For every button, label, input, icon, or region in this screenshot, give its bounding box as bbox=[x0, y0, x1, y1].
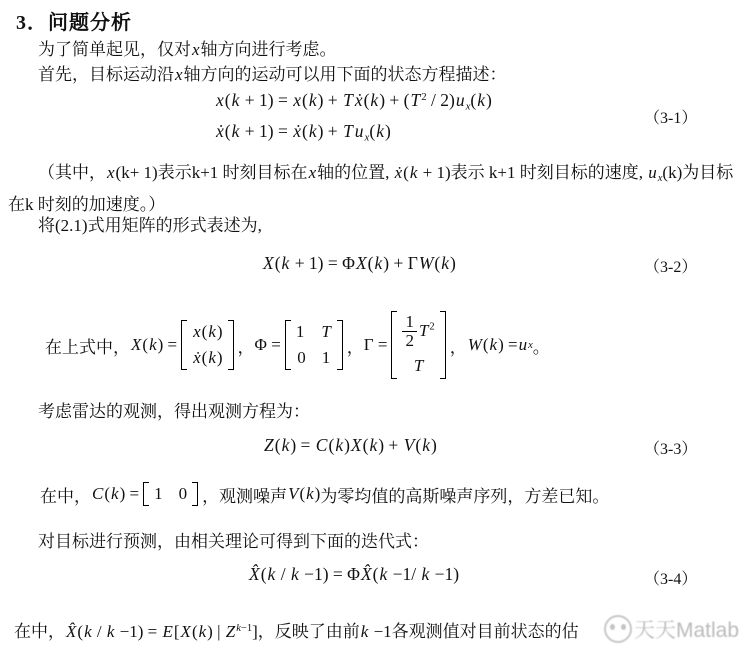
math-token: ) + bbox=[318, 121, 342, 141]
math-token: ( bbox=[470, 90, 476, 110]
math-token: x bbox=[193, 322, 201, 341]
math-token: 轴方向进行考虑。 bbox=[201, 40, 337, 59]
math-token: ( bbox=[369, 121, 375, 141]
math-token: 对目标进行预测，由相关理论可得到下面的迭代式： bbox=[38, 532, 429, 551]
math-token: 表示k+1 时刻目标在 bbox=[158, 163, 308, 182]
math-token: ( bbox=[302, 90, 308, 110]
math-token: 1 bbox=[322, 348, 331, 367]
math-token: 1 bbox=[296, 322, 305, 341]
math-token: ) = bbox=[290, 435, 314, 455]
math-token: / 2) bbox=[427, 90, 455, 110]
matrix-row: T bbox=[402, 356, 434, 376]
math-token: / bbox=[93, 622, 106, 641]
paragraph-intro-2: 首先，目标运动沿x轴方向的运动可以用下面的状态方程描述： bbox=[38, 62, 507, 87]
math-token: ，观测噪声 bbox=[202, 482, 287, 507]
math-token: k bbox=[232, 121, 240, 141]
math-token: + 1) bbox=[418, 163, 450, 182]
math-token: ， bbox=[450, 333, 467, 358]
math-token: W bbox=[468, 335, 482, 355]
math-token: ( bbox=[192, 622, 198, 641]
math-token: x bbox=[309, 163, 317, 182]
math-token: k bbox=[208, 348, 216, 367]
math-token: ( bbox=[104, 484, 110, 504]
math-token: X bbox=[263, 253, 274, 273]
math-token: x bbox=[107, 163, 115, 182]
math-token: ( bbox=[434, 253, 440, 273]
math-token: ) = bbox=[498, 335, 518, 355]
math-token: x bbox=[175, 65, 183, 84]
math-token: ( bbox=[373, 564, 379, 584]
math-token: X̂ bbox=[66, 622, 76, 641]
math-token: ( bbox=[302, 121, 308, 141]
equation-3-4: X̂(k / k −1) = ΦX̂(k −1/ k −1) bbox=[248, 564, 459, 585]
math-token: （其中， bbox=[38, 163, 106, 182]
math-token: ẋ bbox=[193, 348, 201, 367]
math-token: k bbox=[291, 564, 299, 584]
math-token: ) bbox=[450, 253, 456, 273]
math-token: −1) = bbox=[115, 622, 161, 641]
math-token: ( bbox=[202, 348, 208, 367]
math-token: ( bbox=[483, 335, 489, 355]
math-token: + 1) = bbox=[290, 253, 342, 273]
math-token: ) bbox=[217, 322, 223, 341]
math-token: / bbox=[276, 564, 290, 584]
equation-number-3-3: （3-3） bbox=[644, 436, 697, 459]
math-token: k bbox=[84, 622, 92, 641]
math-token: ( bbox=[328, 435, 334, 455]
matrix-bracket-right bbox=[192, 482, 198, 506]
matrix-body: 1T01 bbox=[291, 320, 337, 371]
matrix-row: 10 bbox=[154, 484, 187, 504]
equation-3-1-line-2: ẋ(k + 1) = ẋ(k) + Tux(k) bbox=[215, 121, 391, 143]
math-token: x bbox=[216, 90, 224, 110]
math-token: 表示 k+1 时刻目标的速度, bbox=[451, 163, 648, 182]
math-token: C bbox=[92, 484, 103, 504]
math-token: V bbox=[288, 484, 298, 504]
paragraph-radar: 考虑雷达的观测，得出观测方程为： bbox=[38, 399, 310, 424]
fraction-denominator: 2 bbox=[402, 332, 417, 350]
math-token: ， bbox=[347, 333, 364, 358]
matrix-cell: 12T2 bbox=[402, 313, 434, 350]
watermark-text: 天天Matlab bbox=[634, 614, 739, 644]
math-token: X bbox=[356, 253, 367, 273]
math-token: u bbox=[456, 90, 465, 110]
math-token: k bbox=[107, 622, 115, 641]
math-token: k bbox=[369, 435, 377, 455]
math-token: −1 bbox=[369, 622, 391, 641]
equation-number-3-4: （3-4） bbox=[644, 566, 697, 589]
math-token: k bbox=[410, 163, 418, 182]
math-token: ( bbox=[299, 484, 305, 504]
math-token: k bbox=[149, 335, 157, 355]
math-token: u bbox=[355, 121, 364, 141]
math-token: k bbox=[376, 121, 384, 141]
equation-3-3: Z(k) = C(k)X(k) + V(k) bbox=[263, 435, 437, 456]
math-token: ẋ bbox=[216, 121, 224, 141]
math-token: T bbox=[410, 90, 420, 110]
math-token: k bbox=[268, 564, 276, 584]
math-token: Φ bbox=[342, 253, 355, 273]
math-token: ( bbox=[275, 253, 281, 273]
math-token: k bbox=[422, 435, 430, 455]
matrix-cell: 1 bbox=[296, 322, 305, 342]
math-token: ẋ bbox=[355, 90, 363, 110]
math-token: ) = bbox=[158, 335, 178, 355]
math-token: k bbox=[282, 253, 290, 273]
math-token: 0 bbox=[297, 348, 306, 367]
math-token: 为零均值的高斯噪声序列，方差已知。 bbox=[320, 482, 609, 507]
math-token: 1 bbox=[154, 484, 163, 503]
math-token: ，反映了由前 bbox=[258, 622, 360, 641]
math-token: k bbox=[374, 253, 382, 273]
math-token: [ bbox=[174, 622, 180, 641]
math-token: ( bbox=[77, 622, 83, 641]
math-token: ( bbox=[225, 121, 231, 141]
math-token: T bbox=[321, 322, 330, 341]
math-token: 考虑雷达的观测，得出观测方程为： bbox=[38, 402, 310, 421]
matrix-cell: 1 bbox=[154, 484, 163, 504]
math-token: k bbox=[441, 253, 449, 273]
math-token: 各观测值对目前状态的估 bbox=[392, 622, 579, 641]
matrix: 12T2T bbox=[391, 311, 445, 378]
paragraph-last: 在中，X̂(k / k −1) = E[X(k) | Zk−1]，反映了由前k … bbox=[14, 616, 579, 644]
math-token: ) + ( bbox=[379, 90, 409, 110]
paragraph-matrix-definitions: 在上式中，X(k) = x(k)ẋ(k)， Φ = 1T01， Γ = 12T2… bbox=[45, 298, 550, 392]
math-token: W bbox=[419, 253, 434, 273]
math-token: Z bbox=[264, 435, 274, 455]
matrix: 10 bbox=[143, 482, 198, 506]
math-token: k bbox=[309, 90, 317, 110]
math-token: ) + bbox=[378, 435, 402, 455]
math-token: 2 bbox=[429, 322, 434, 333]
math-token: k bbox=[208, 322, 216, 341]
matrix-cell: x(k) bbox=[192, 322, 222, 342]
math-token: k bbox=[380, 564, 388, 584]
document-page: 3．问题分析 为了简单起见，仅对x轴方向进行考虑。 首先，目标运动沿x轴方向的运… bbox=[0, 0, 748, 661]
math-token: T bbox=[414, 356, 423, 375]
math-token: x bbox=[293, 90, 301, 110]
matrix-row: x(k) bbox=[192, 322, 222, 342]
math-token: k bbox=[477, 90, 485, 110]
watermark: 天天Matlab bbox=[604, 608, 748, 650]
math-token: T bbox=[343, 90, 353, 110]
math-token: ( bbox=[202, 322, 208, 341]
math-token: 0 bbox=[179, 484, 188, 503]
math-token: k bbox=[282, 435, 290, 455]
math-token: u bbox=[648, 163, 657, 182]
paragraph-predict: 对目标进行预测，由相关理论可得到下面的迭代式： bbox=[38, 529, 429, 554]
math-token: 在中， bbox=[14, 622, 65, 641]
math-token: ( bbox=[142, 335, 148, 355]
math-token: ẋ bbox=[395, 163, 403, 182]
paragraph-note: （其中，x(k+ 1)表示k+1 时刻目标在x轴的位置, ẋ(k + 1)表示 … bbox=[8, 160, 744, 218]
matrix-body: 12T2T bbox=[397, 311, 439, 378]
section-heading: 3．问题分析 bbox=[16, 6, 132, 35]
math-token: k bbox=[422, 564, 430, 584]
math-token: + 1) = bbox=[240, 121, 292, 141]
math-token: ) bbox=[431, 435, 437, 455]
matrix-row: ẋ(k) bbox=[192, 348, 222, 368]
matrix-bracket-right bbox=[337, 320, 343, 371]
math-token: T bbox=[343, 121, 353, 141]
matrix-row: 01 bbox=[296, 348, 332, 368]
math-token: −1/ bbox=[388, 564, 420, 584]
matrix-cell: ẋ(k) bbox=[192, 348, 222, 368]
matrix-row: 1T bbox=[296, 322, 332, 342]
math-token: Γ = bbox=[364, 335, 388, 355]
math-token: ( bbox=[261, 564, 267, 584]
math-token: ( bbox=[275, 435, 281, 455]
math-token: ) = bbox=[120, 484, 140, 504]
math-token: 为了简单起见，仅对 bbox=[38, 40, 191, 59]
equation-number-3-2: （3-2） bbox=[644, 254, 697, 277]
math-token: (k) bbox=[662, 163, 682, 182]
matrix: 1T01 bbox=[285, 320, 343, 371]
math-token: ) + bbox=[318, 90, 342, 110]
math-token: ( bbox=[403, 163, 409, 182]
matrix-row: 12T2 bbox=[402, 313, 434, 350]
equation-number-3-1: （3-1） bbox=[644, 105, 697, 128]
math-token: k bbox=[309, 121, 317, 141]
math-token: T bbox=[419, 321, 428, 340]
equation-3-1-line-1: x(k + 1) = x(k) + Tẋ(k) + (T2 / 2)ux(k) bbox=[215, 90, 492, 112]
math-token: ) + bbox=[383, 253, 407, 273]
math-token: ( bbox=[363, 435, 369, 455]
math-token: X bbox=[131, 335, 141, 355]
math-token: ) | bbox=[207, 622, 225, 641]
math-token: k bbox=[111, 484, 119, 504]
math-token: C bbox=[316, 435, 328, 455]
matrix-bracket-right bbox=[440, 311, 446, 378]
math-token: x bbox=[192, 40, 200, 59]
math-token: Φ = bbox=[255, 335, 281, 355]
math-token: ) bbox=[385, 121, 391, 141]
math-token: ) bbox=[344, 435, 350, 455]
math-token: −1 bbox=[241, 623, 252, 634]
math-token: −1) bbox=[430, 564, 459, 584]
math-token: 轴的位置, bbox=[317, 163, 394, 182]
math-token: k bbox=[232, 90, 240, 110]
math-token: 轴方向的运动可以用下面的状态方程描述： bbox=[184, 65, 507, 84]
math-token: Γ bbox=[408, 253, 418, 273]
paragraph-intro-1: 为了简单起见，仅对x轴方向进行考虑。 bbox=[38, 37, 337, 62]
math-token: k bbox=[361, 622, 369, 641]
math-token: 首先，目标运动沿 bbox=[38, 65, 174, 84]
equation-3-2: X(k + 1) = ΦX(k) + ΓW(k) bbox=[262, 253, 456, 274]
math-token: E bbox=[162, 622, 172, 641]
math-token: ) bbox=[486, 90, 492, 110]
math-token: ( bbox=[415, 435, 421, 455]
matrix-cell: T bbox=[320, 322, 331, 342]
math-token: + 1) = bbox=[240, 90, 292, 110]
math-token: X bbox=[181, 622, 191, 641]
math-token: V bbox=[404, 435, 415, 455]
math-token: 将(2.1)式用矩阵的形式表述为, bbox=[38, 216, 262, 235]
matrix-cell: 0 bbox=[179, 484, 188, 504]
math-token: k bbox=[335, 435, 343, 455]
math-token: −1) = bbox=[300, 564, 347, 584]
math-token: ) bbox=[217, 348, 223, 367]
math-token: Z bbox=[226, 622, 235, 641]
math-token: ( bbox=[368, 253, 374, 273]
math-token: u bbox=[519, 335, 528, 355]
matrix-cell: T bbox=[413, 356, 424, 376]
math-token: X bbox=[351, 435, 362, 455]
matrix-cell: 0 bbox=[297, 348, 306, 368]
matrix-bracket-right bbox=[228, 320, 234, 371]
math-token: 。 bbox=[533, 333, 550, 358]
matrix: x(k)ẋ(k) bbox=[181, 320, 233, 371]
math-token: Φ bbox=[347, 564, 360, 584]
matrix-body: 10 bbox=[149, 482, 192, 506]
math-token: ( bbox=[225, 90, 231, 110]
math-token: k bbox=[370, 90, 378, 110]
math-token: 在上式中， bbox=[45, 333, 130, 358]
math-token: ẋ bbox=[293, 121, 301, 141]
math-token: X̂ bbox=[249, 564, 260, 584]
math-token: k bbox=[199, 622, 207, 641]
matrix-body: x(k)ẋ(k) bbox=[187, 320, 227, 371]
paragraph-ck: 在中，C(k) = 10，观测噪声V(k) 为零均值的高斯噪声序列，方差已知。 bbox=[40, 477, 609, 511]
math-token: X̂ bbox=[361, 564, 372, 584]
math-token: ( bbox=[364, 90, 370, 110]
matrix-cell: 1 bbox=[322, 348, 331, 368]
math-token: 在中， bbox=[40, 482, 91, 507]
math-token: k bbox=[490, 335, 498, 355]
paragraph-matrix-intro: 将(2.1)式用矩阵的形式表述为, bbox=[38, 213, 262, 238]
math-token: ， bbox=[238, 333, 255, 358]
math-token: k bbox=[306, 484, 314, 504]
math-token: (k+ 1) bbox=[116, 163, 158, 182]
fraction-numerator: 1 bbox=[402, 313, 417, 332]
fraction: 12 bbox=[402, 313, 417, 350]
watermark-logo-icon bbox=[604, 615, 632, 643]
